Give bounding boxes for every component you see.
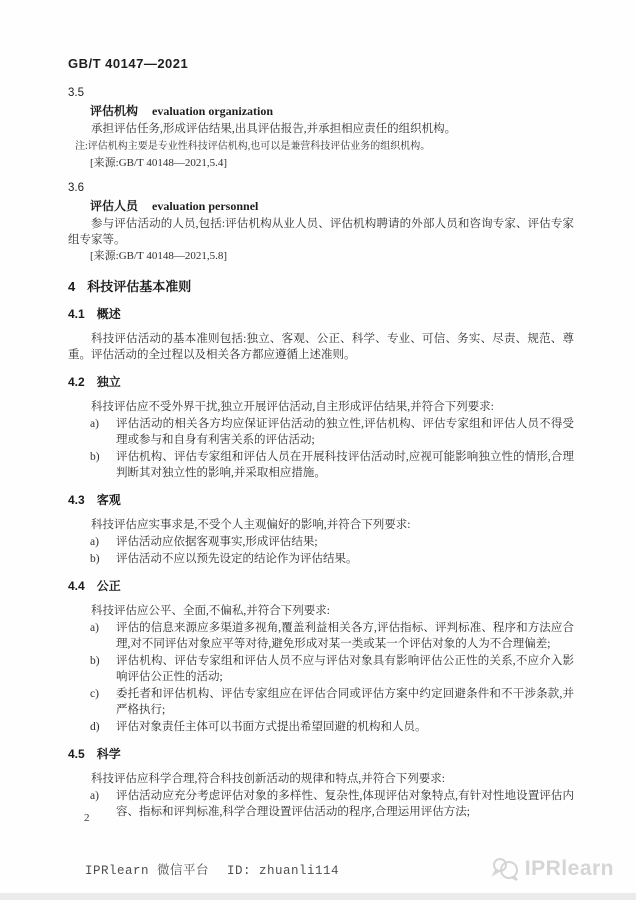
list-item-label: b) — [90, 653, 116, 685]
block-para: 科技评估应公平、全面,不偏私,并符合下列要求: — [68, 603, 574, 619]
standard-number: GB/T 40147—2021 — [68, 56, 574, 71]
list-item-label: a) — [90, 788, 116, 820]
bottom-edge-strip — [0, 893, 636, 900]
list-item-text: 评估机构、评估专家组和评估人员不应与评估对象具有影响评估公正性的关系,不应介入影… — [116, 653, 574, 685]
block-source: [来源:GB/T 40148—2021,5.4] — [90, 155, 574, 171]
list-item: b)评估机构、评估专家组和评估人员在开展科技评估活动时,应视可能影响独立性的情形… — [90, 449, 574, 481]
block-para: 承担评估任务,形成评估结果,出具评估报告,并承担相应责任的组织机构。 — [68, 121, 574, 137]
list-item: a)评估活动应依据客观事实,形成评估结果; — [90, 534, 574, 550]
footer-id-label: ID: — [227, 864, 251, 878]
list-item-label: b) — [90, 449, 116, 481]
list-item: d)评估对象责任主体可以书面方式提出希望回避的机构和人员。 — [90, 719, 574, 735]
page-number: 2 — [84, 812, 90, 824]
list-item-text: 评估活动应依据客观事实,形成评估结果; — [116, 534, 574, 550]
list-item-text: 评估的信息来源应多渠道多视角,覆盖利益相关各方,评估指标、评判标准、程序和方法应… — [116, 620, 574, 652]
subsection-heading: 4.3客观 — [68, 492, 574, 508]
block-para: 科技评估应科学合理,符合科技创新活动的规律和特点,并符合下列要求: — [68, 771, 574, 787]
block-para: 科技评估应不受外界干扰,独立开展评估活动,自主形成评估结果,并符合下列要求: — [68, 399, 574, 415]
list-item: a)评估的信息来源应多渠道多视角,覆盖利益相关各方,评估指标、评判标准、程序和方… — [90, 620, 574, 652]
heading-number: 4.4 — [68, 579, 85, 593]
term-english: evaluation organization — [152, 104, 273, 118]
heading-title: 科学 — [97, 747, 121, 761]
heading-number: 4 — [68, 279, 75, 294]
heading-number: 4.5 — [68, 747, 85, 761]
term-chinese: 评估机构 — [90, 104, 138, 118]
list-item: a)评估活动应充分考虑评估对象的多样性、复杂性,体现评估对象特点,有针对性地设置… — [90, 788, 574, 820]
block-clause: 3.6 — [68, 180, 574, 196]
list-item-label: c) — [90, 686, 116, 718]
footer-bar: IPRlearn 微信平台ID: zhuanli114 IPRlearn — [0, 848, 636, 890]
iprlearn-logo-text: IPRlearn — [525, 857, 614, 881]
heading-title: 独立 — [97, 375, 121, 389]
subsection-heading: 4.1概述 — [68, 306, 574, 322]
speech-bubbles-icon — [490, 856, 520, 882]
list-item-label: a) — [90, 416, 116, 448]
heading-title: 科技评估基本准则 — [87, 279, 191, 294]
term-english: evaluation personnel — [152, 199, 258, 213]
term-chinese: 评估人员 — [90, 199, 138, 213]
list-item-text: 委托者和评估机构、评估专家组应在评估合同或评估方案中约定回避条件和不干涉条款,并… — [116, 686, 574, 718]
block-para: 科技评估活动的基本准则包括:独立、客观、公正、科学、专业、可信、务实、尽责、规范… — [68, 331, 574, 363]
list-item-label: a) — [90, 620, 116, 652]
heading-title: 客观 — [97, 493, 121, 507]
block-source: [来源:GB/T 40148—2021,5.8] — [90, 248, 574, 264]
heading-title: 概述 — [97, 307, 121, 321]
list-item-label: b) — [90, 551, 116, 567]
list-item-text: 评估对象责任主体可以书面方式提出希望回避的机构和人员。 — [116, 719, 574, 735]
list-item-text: 评估活动不应以预先设定的结论作为评估结果。 — [116, 551, 574, 567]
block-clause: 3.5 — [68, 85, 574, 101]
subsection-heading: 4.4公正 — [68, 578, 574, 594]
footer-platform-text: IPRlearn 微信平台 — [85, 864, 209, 878]
heading-number: 4.3 — [68, 493, 85, 507]
list-item-label: a) — [90, 534, 116, 550]
list-item-text: 评估机构、评估专家组和评估人员在开展科技评估活动时,应视可能影响独立性的情形,合… — [116, 449, 574, 481]
term-heading: 评估人员evaluation personnel — [90, 198, 574, 214]
list-item: b)评估机构、评估专家组和评估人员不应与评估对象具有影响评估公正性的关系,不应介… — [90, 653, 574, 685]
page-content: GB/T 40147—2021 3.5评估机构evaluation organi… — [0, 0, 636, 820]
list-item-text: 评估活动应充分考虑评估对象的多样性、复杂性,体现评估对象特点,有针对性地设置评估… — [116, 788, 574, 820]
list-item: b)评估活动不应以预先设定的结论作为评估结果。 — [90, 551, 574, 567]
document-page: GB/T 40147—2021 3.5评估机构evaluation organi… — [0, 0, 636, 900]
block-para: 参与评估活动的人员,包括:评估机构从业人员、评估机构聘请的外部人员和咨询专家、评… — [68, 216, 574, 248]
list-item: c)委托者和评估机构、评估专家组应在评估合同或评估方案中约定回避条件和不干涉条款… — [90, 686, 574, 718]
list-item-label: d) — [90, 719, 116, 735]
term-heading: 评估机构evaluation organization — [90, 103, 574, 119]
block-note: 注:评估机构主要是专业性科技评估机构,也可以是兼营科技评估业务的组织机构。 — [75, 139, 574, 155]
block-para: 科技评估应实事求是,不受个人主观偏好的影响,并符合下列要求: — [68, 517, 574, 533]
document-body: 3.5评估机构evaluation organization承担评估任务,形成评… — [68, 85, 574, 820]
footer-platform-info: IPRlearn 微信平台ID: zhuanli114 — [85, 860, 339, 878]
list-item-text: 评估活动的相关各方均应保证评估活动的独立性,评估机构、评估专家组和评估人员不得受… — [116, 416, 574, 448]
iprlearn-logo: IPRlearn — [490, 856, 614, 882]
heading-number: 4.1 — [68, 307, 85, 321]
section-heading: 4科技评估基本准则 — [68, 279, 574, 295]
subsection-heading: 4.5科学 — [68, 746, 574, 762]
heading-title: 公正 — [97, 579, 121, 593]
footer-id-value: zhuanli114 — [259, 864, 339, 878]
subsection-heading: 4.2独立 — [68, 374, 574, 390]
heading-number: 4.2 — [68, 375, 85, 389]
list-item: a)评估活动的相关各方均应保证评估活动的独立性,评估机构、评估专家组和评估人员不… — [90, 416, 574, 448]
